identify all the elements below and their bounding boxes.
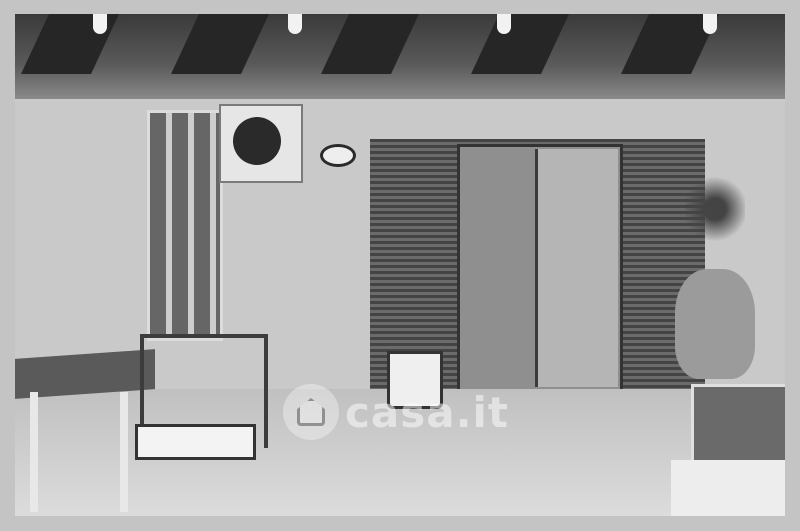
chair-seat bbox=[135, 424, 256, 460]
ceiling-lamp bbox=[93, 14, 107, 34]
ceiling-lamp bbox=[497, 14, 511, 34]
bed bbox=[691, 384, 785, 470]
ceiling-lamp bbox=[288, 14, 302, 34]
house-icon bbox=[297, 398, 325, 426]
air-conditioner-fan bbox=[233, 117, 281, 165]
room-photo: casa.it bbox=[15, 14, 785, 516]
vase bbox=[675, 269, 755, 379]
wall-light bbox=[320, 144, 356, 167]
plant bbox=[685, 164, 745, 254]
watermark-logo bbox=[283, 384, 339, 440]
table-leg bbox=[30, 392, 38, 512]
watermark: casa.it bbox=[283, 384, 509, 440]
glass-door-panel bbox=[535, 149, 618, 387]
table-leg bbox=[120, 392, 128, 512]
watermark-text: casa.it bbox=[345, 388, 509, 437]
ceiling-lamp bbox=[703, 14, 717, 34]
bed-base bbox=[671, 460, 785, 516]
glass-block-window bbox=[147, 110, 223, 341]
